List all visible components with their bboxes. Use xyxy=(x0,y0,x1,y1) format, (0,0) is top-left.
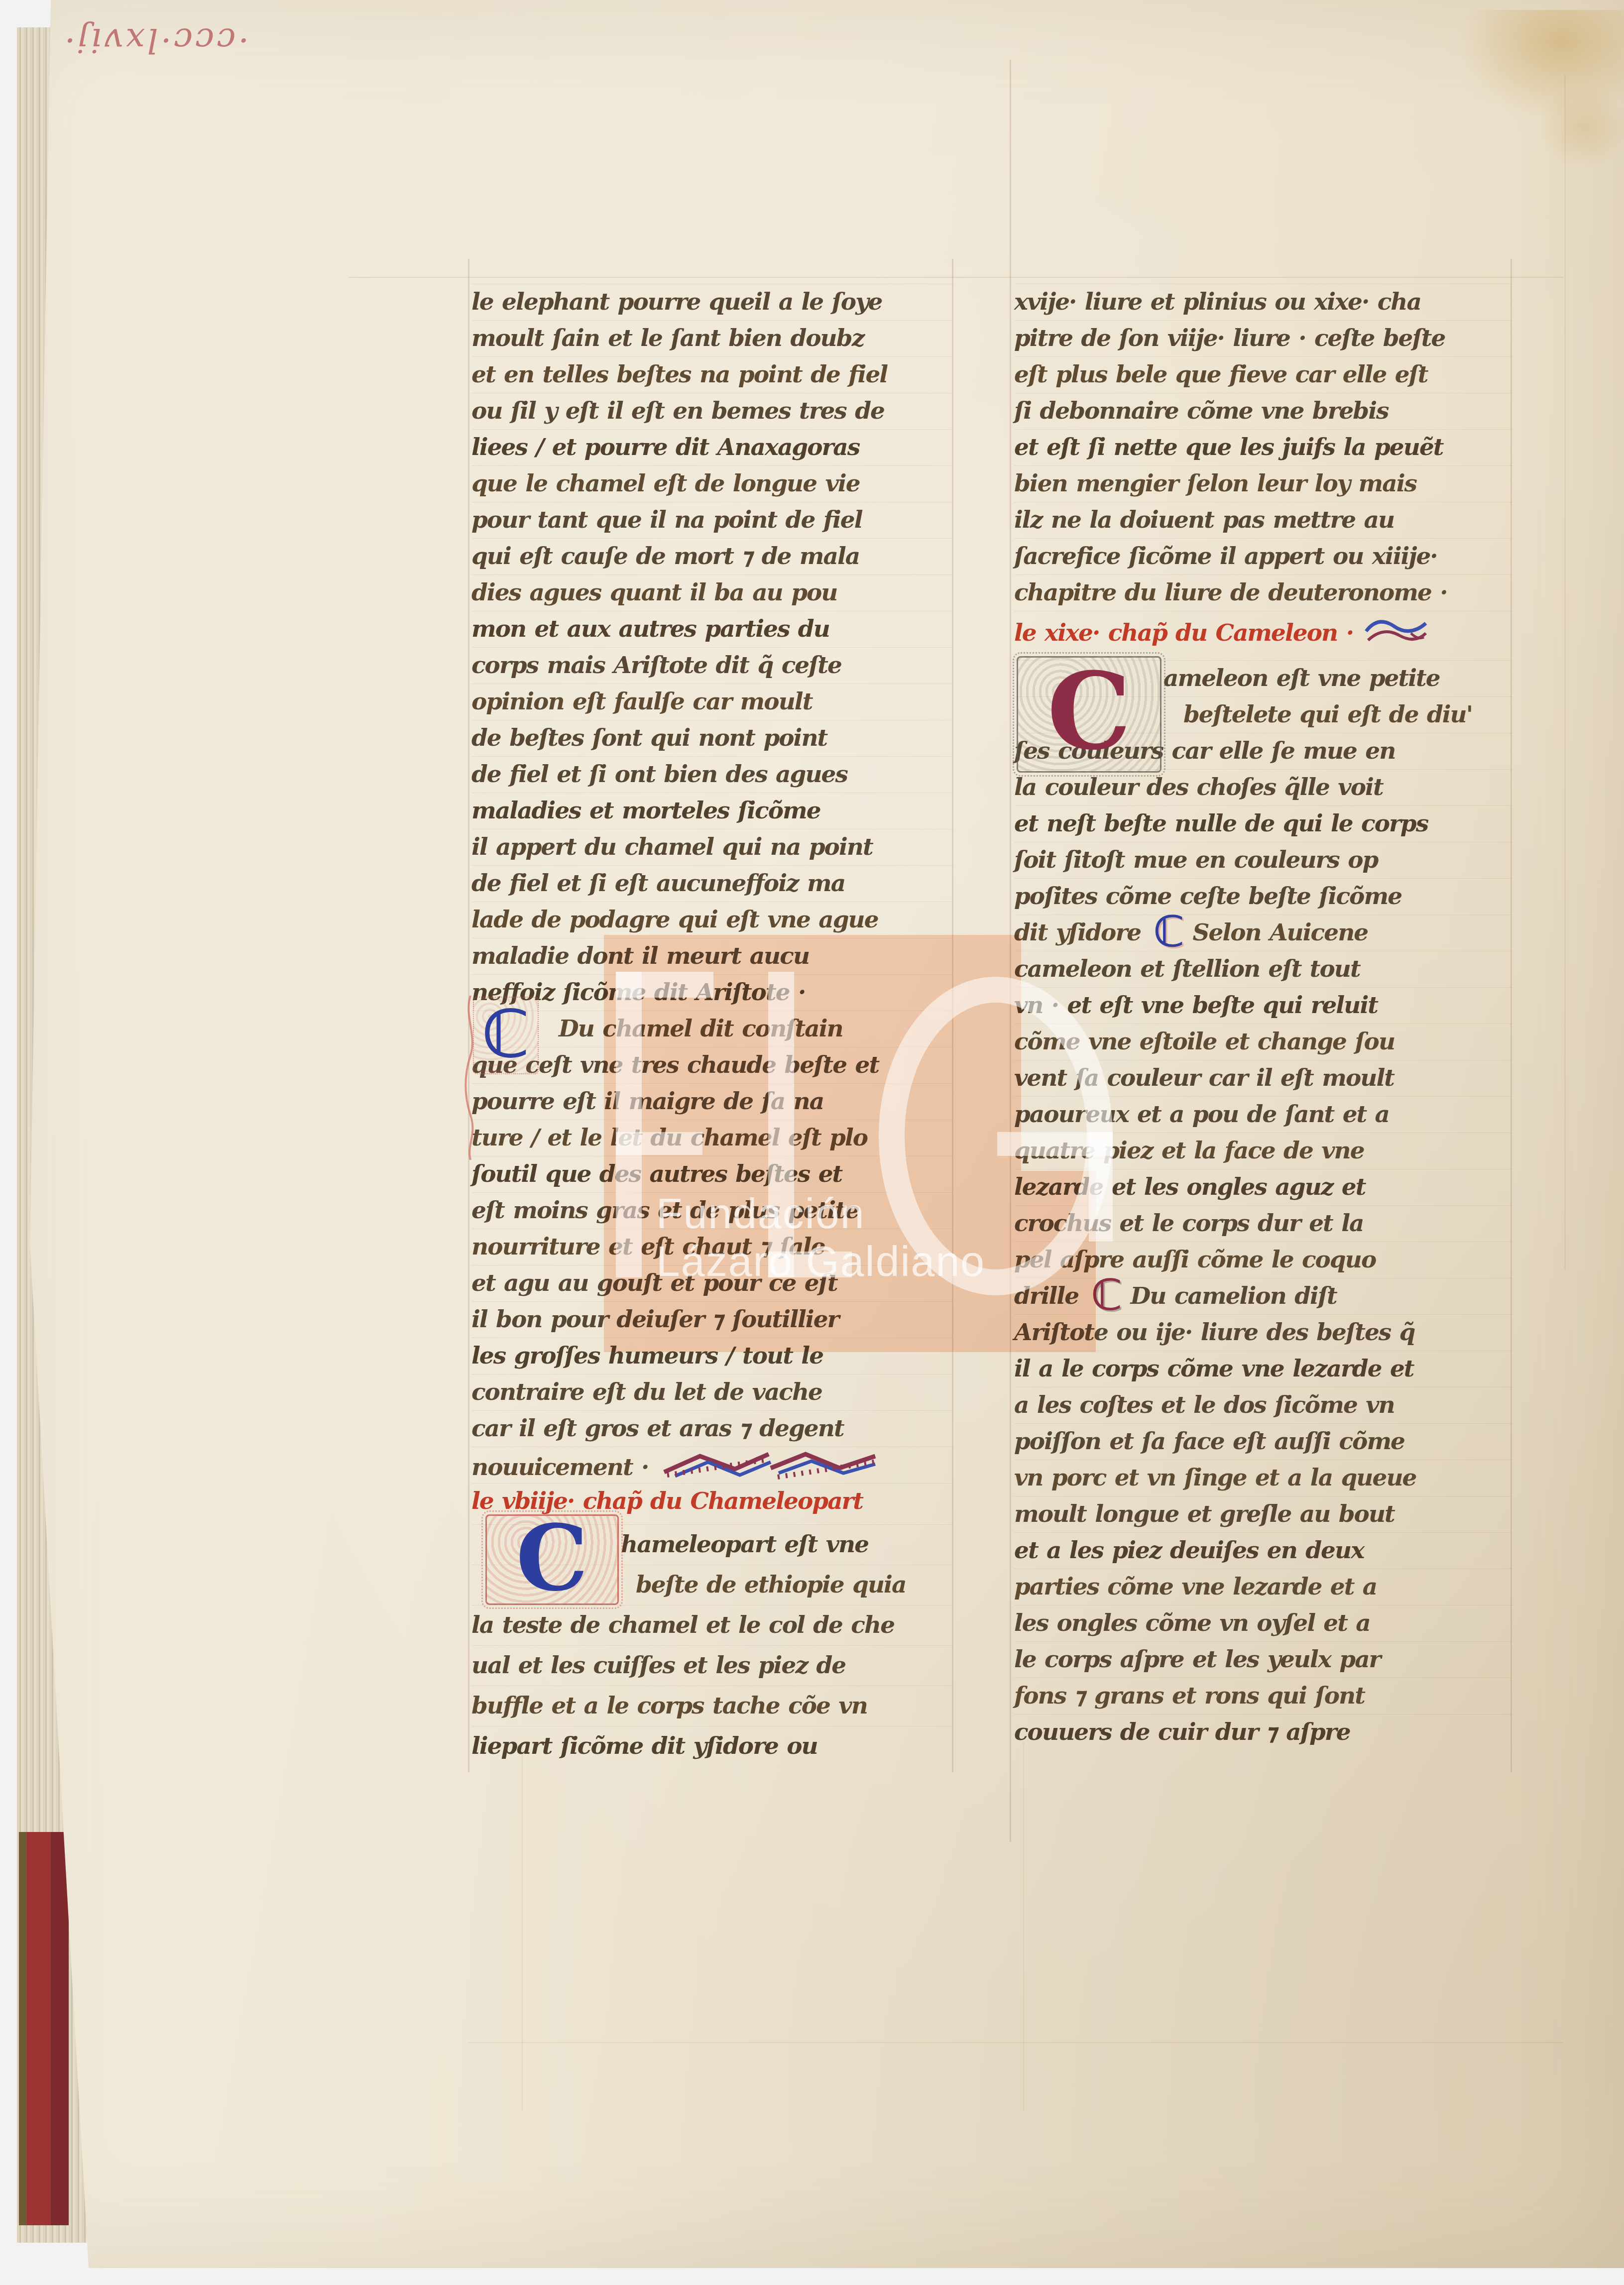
manuscript-line: ou ſil y eſt il eſt en bemes tres de xyxy=(471,393,952,429)
manuscript-line: liepart ſicõme dit yſidore ou xyxy=(471,1726,952,1766)
watermark-letter-f xyxy=(616,1132,702,1155)
line-text: Selon Auicene xyxy=(1193,919,1368,946)
manuscript-line: il a le corps cõme vne lezarde et xyxy=(1014,1351,1512,1387)
manuscript-line: contraire eſt du let de vache xyxy=(471,1374,952,1410)
manuscript-line: pour tant que il na point de fiel xyxy=(471,502,952,538)
manuscript-line: dies agues quant il ba au pou xyxy=(471,574,952,611)
manuscript-line: mon et aux autres parties du xyxy=(471,611,952,647)
manuscript-line: le elephant pourre queil a le ſoye xyxy=(471,284,952,320)
manuscript-line: chapitre du liure de deuteronome · xyxy=(1014,574,1512,611)
manuscript-line: ſoit ſitoſt mue en couleurs op xyxy=(1014,842,1512,878)
initial-letter: C xyxy=(1018,658,1160,765)
manuscript-line: maladies et morteles ſicõme xyxy=(471,793,952,829)
manuscript-line: poſites cõme ceſte beſte ſicõme xyxy=(1014,878,1512,914)
ruling-line xyxy=(1564,75,1566,1269)
manuscript-line: lade de podagre qui eſt vne ague xyxy=(471,902,952,938)
crease-line xyxy=(1023,1742,1024,2111)
manuscript-line: vn porc et vn ſinge et a la queue xyxy=(1014,1460,1512,1496)
manuscript-line: la teste de chamel et le col de che xyxy=(471,1605,952,1645)
manuscript-line: opinion eſt faulſe car moult xyxy=(471,684,952,720)
manuscript-line: et en telles beſtes na point de fiel xyxy=(471,356,952,393)
manuscript-line: ſacrefice ſicõme il appert ou xiiije· xyxy=(1014,538,1512,574)
red-binding-edge xyxy=(19,1832,69,2225)
manuscript-line: de beſtes ſont qui nont point xyxy=(471,720,952,756)
ruling-line xyxy=(348,277,1563,278)
manuscript-line: de fiel et ſi eſt aucuneffoiz ma xyxy=(471,865,952,902)
manuscript-line: corps mais Ariſtote dit q̃ ceſte xyxy=(471,647,952,684)
manuscript-line: la couleur des choſes q̃lle voit xyxy=(1014,769,1512,805)
manuscript-line: eſt plus bele que fieve car elle eſt xyxy=(1014,356,1512,393)
manuscript-line: liees / et pourre dit Anaxagoras xyxy=(471,429,952,465)
manuscript-line: buffle et a le corps tache cõe vn xyxy=(471,1686,952,1726)
watermark-caption-line1: Fundación xyxy=(656,1190,985,1238)
manuscript-line: qui eſt cauſe de mort ⁊ de mala xyxy=(471,538,952,574)
manuscript-line: nouuicement · xyxy=(471,1447,952,1483)
manuscript-line: il appert du chamel qui na point xyxy=(471,829,952,865)
chapter-rubric: le xixe· chap̃ du Cameleon · xyxy=(1014,611,1512,647)
manuscript-line: bien mengier ſelon leur loy mais xyxy=(1014,465,1512,502)
crease-line xyxy=(522,1742,523,2111)
watermark-letter-g xyxy=(1089,1132,1113,1242)
manuscript-line: le corps aſpre et les yeulx par xyxy=(1014,1641,1512,1678)
watermark-letters-flg xyxy=(604,935,1152,1352)
manuscript-line: moult longue et greſle au bout xyxy=(1014,1496,1512,1532)
line-filler-ornament xyxy=(1363,611,1428,658)
manuscript-line: de fiel et ſi ont bien des agues xyxy=(471,756,952,793)
manuscript-line: ual et les cuiſſes et les piez de xyxy=(471,1645,952,1686)
illuminated-initial-cameleon: C xyxy=(1017,656,1161,773)
watermark-letter-f xyxy=(616,972,642,1277)
folio-number-inscription: ·ccc·lxvij· xyxy=(60,5,249,70)
manuscript-line: les ongles cõme vn oyſel et a xyxy=(1014,1605,1512,1641)
watermark-letter-f xyxy=(616,972,713,998)
initial-letter: ℂ xyxy=(474,998,538,1071)
penwork-flourish xyxy=(464,996,477,1160)
illuminated-initial-chameleopart: C xyxy=(485,1514,619,1605)
manuscript-line: et eſt ſi nette que les juifs la peuẽt xyxy=(1014,429,1512,465)
manuscript-line: a les coſtes et le dos ſicõme vn xyxy=(1014,1387,1512,1423)
small-initial-capitulum: ℂ xyxy=(473,997,539,1074)
crease-line xyxy=(468,2042,1563,2043)
manuscript-line: pitre de ſon viije· liure · ceſte beſte xyxy=(1014,320,1512,356)
watermark-caption: Fundación Lázaro Galdiano xyxy=(656,1190,985,1285)
line-text: Du camelion diſt xyxy=(1131,1282,1337,1310)
manuscript-photo: ·ccc·lxvij· le elephant pourre queil a l… xyxy=(0,0,1624,2285)
manuscript-line: et a les piez deuiſes en deux xyxy=(1014,1532,1512,1569)
manuscript-line: ilz ne la doiuent pas mettre au xyxy=(1014,502,1512,538)
manuscript-line: que le chamel eſt de longue vie xyxy=(471,465,952,502)
manuscript-line: car il eſt gros et aras ⁊ degent xyxy=(471,1410,952,1447)
initial-letter: C xyxy=(487,1516,617,1599)
manuscript-line: fons ⁊ grans et rons qui ſont xyxy=(1014,1678,1512,1714)
manuscript-line: couuers de cuir dur ⁊ aſpre xyxy=(1014,1714,1512,1750)
parchment-page: ·ccc·lxvij· le elephant pourre queil a l… xyxy=(0,0,1624,2268)
manuscript-line: moult ſain et le ſant bien doubz xyxy=(471,320,952,356)
manuscript-line: poiſſon et ſa face eſt auſſi cõme xyxy=(1014,1423,1512,1460)
manuscript-line: ſi debonnaire cõme vne brebis xyxy=(1014,393,1512,429)
watermark-caption-line2: Lázaro Galdiano xyxy=(656,1238,985,1285)
manuscript-line: et neſt beſte nulle de qui le corps xyxy=(1014,805,1512,842)
manuscript-line: xvije· liure et plinius ou xixe· cha xyxy=(1014,284,1512,320)
manuscript-line: parties cõme vne lezarde et a xyxy=(1014,1569,1512,1605)
parchment-stain xyxy=(1538,85,1624,169)
